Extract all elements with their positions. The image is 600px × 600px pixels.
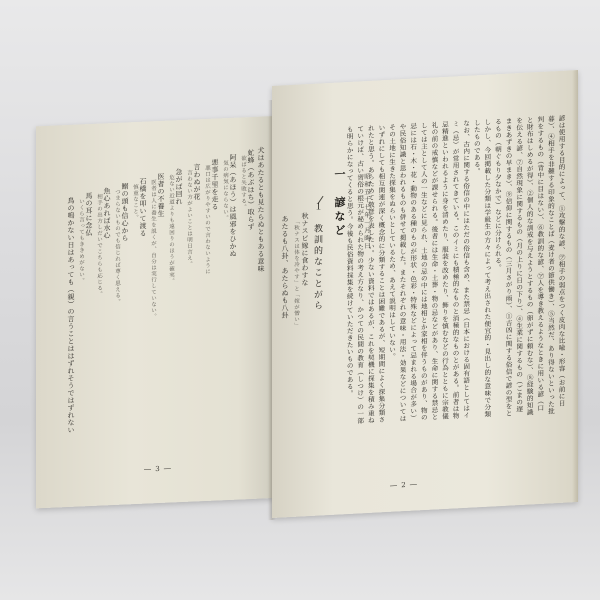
left-page-number: ― 3 ― bbox=[144, 464, 172, 473]
intro-paragraph: 諺は使用する目的によって、①攻撃的な諺、㋐相手の弱点をつく皮肉な比喩・形容（お前… bbox=[492, 115, 566, 419]
proverb-note: 言わない方がよいことは明日言え。 bbox=[184, 169, 194, 267]
proverb-note: 医者は人に養生を説くが、自分は実行していない。 bbox=[148, 179, 158, 320]
intro-text: 諺は使用する目的によって、①攻撃的な諺、㋐相手の弱点をつく皮肉な比喩・形容（お前… bbox=[344, 115, 566, 427]
section-heading: 一 諺など bbox=[334, 168, 344, 239]
proverb-note: 悪口は広がりやすいので言わないように bbox=[202, 165, 212, 275]
proverb-note: つまらないものでも信じれば尊く思える。 bbox=[112, 189, 122, 305]
proverb-note: 相手の出方しだいでこちらも応じる。 bbox=[94, 193, 104, 297]
left-page: 犬はあたるとも見たらぬともある意味虻蜂（あぶはち）取らず欲ばると失敗する。阿呆（… bbox=[36, 116, 274, 508]
proverb-item: 鳥の鳴かない日はあっても（親）の言うことははずれそうではずれない bbox=[66, 197, 76, 434]
date-line: 昭和五十七年一月晦日 bbox=[362, 173, 372, 251]
proverb-item: 犬はあたるとも見たらぬともある意味 bbox=[256, 146, 266, 272]
proverb-note: 欲ばると失敗する。 bbox=[238, 155, 248, 210]
intro-paragraph: いずれにしても相互関連が深く概念的に分類することは困難であるが、短期間によく探集… bbox=[344, 124, 386, 426]
open-booklet: 犬はあたるとも見たらぬともある意味虻蜂（あぶはち）取らず欲ばると失敗する。阿呆（… bbox=[0, 0, 600, 600]
proverb-item: あたるも八卦、あたらぬも八卦 bbox=[280, 215, 290, 319]
intro-paragraph: しかし、今回掲載した分類は学級生の方々によって考え出された便宜的・見出し的な意味… bbox=[471, 118, 492, 419]
right-page-number: ― 2 ― bbox=[390, 480, 418, 489]
right-page: 諺は使用する目的によって、①攻撃的な諺、㋐相手の弱点をつく皮肉な比喩・形容（お前… bbox=[272, 70, 578, 518]
proverb-note: いくら言ってもききめがない。 bbox=[76, 198, 86, 284]
proverb-note: 危ない近道よりも遠回りのほうが確実。 bbox=[166, 174, 176, 284]
proverb-note: 気の病気にならない。 bbox=[220, 160, 230, 221]
intro-paragraph: なお、古内に関する俗信の中にはただの俗信も含め、また禁忌（日本における固有語とし… bbox=[386, 120, 471, 424]
proverb-item: 秋ナスビ嫁に食わすな bbox=[300, 212, 310, 287]
subsection-heading: １ 教訓的なことがら bbox=[312, 201, 322, 312]
proverb-note: 「秋ナスは体を冷やす」と「嫁が憎い」 bbox=[291, 218, 301, 328]
proverb-note: 慎重なこと。 bbox=[130, 184, 140, 221]
